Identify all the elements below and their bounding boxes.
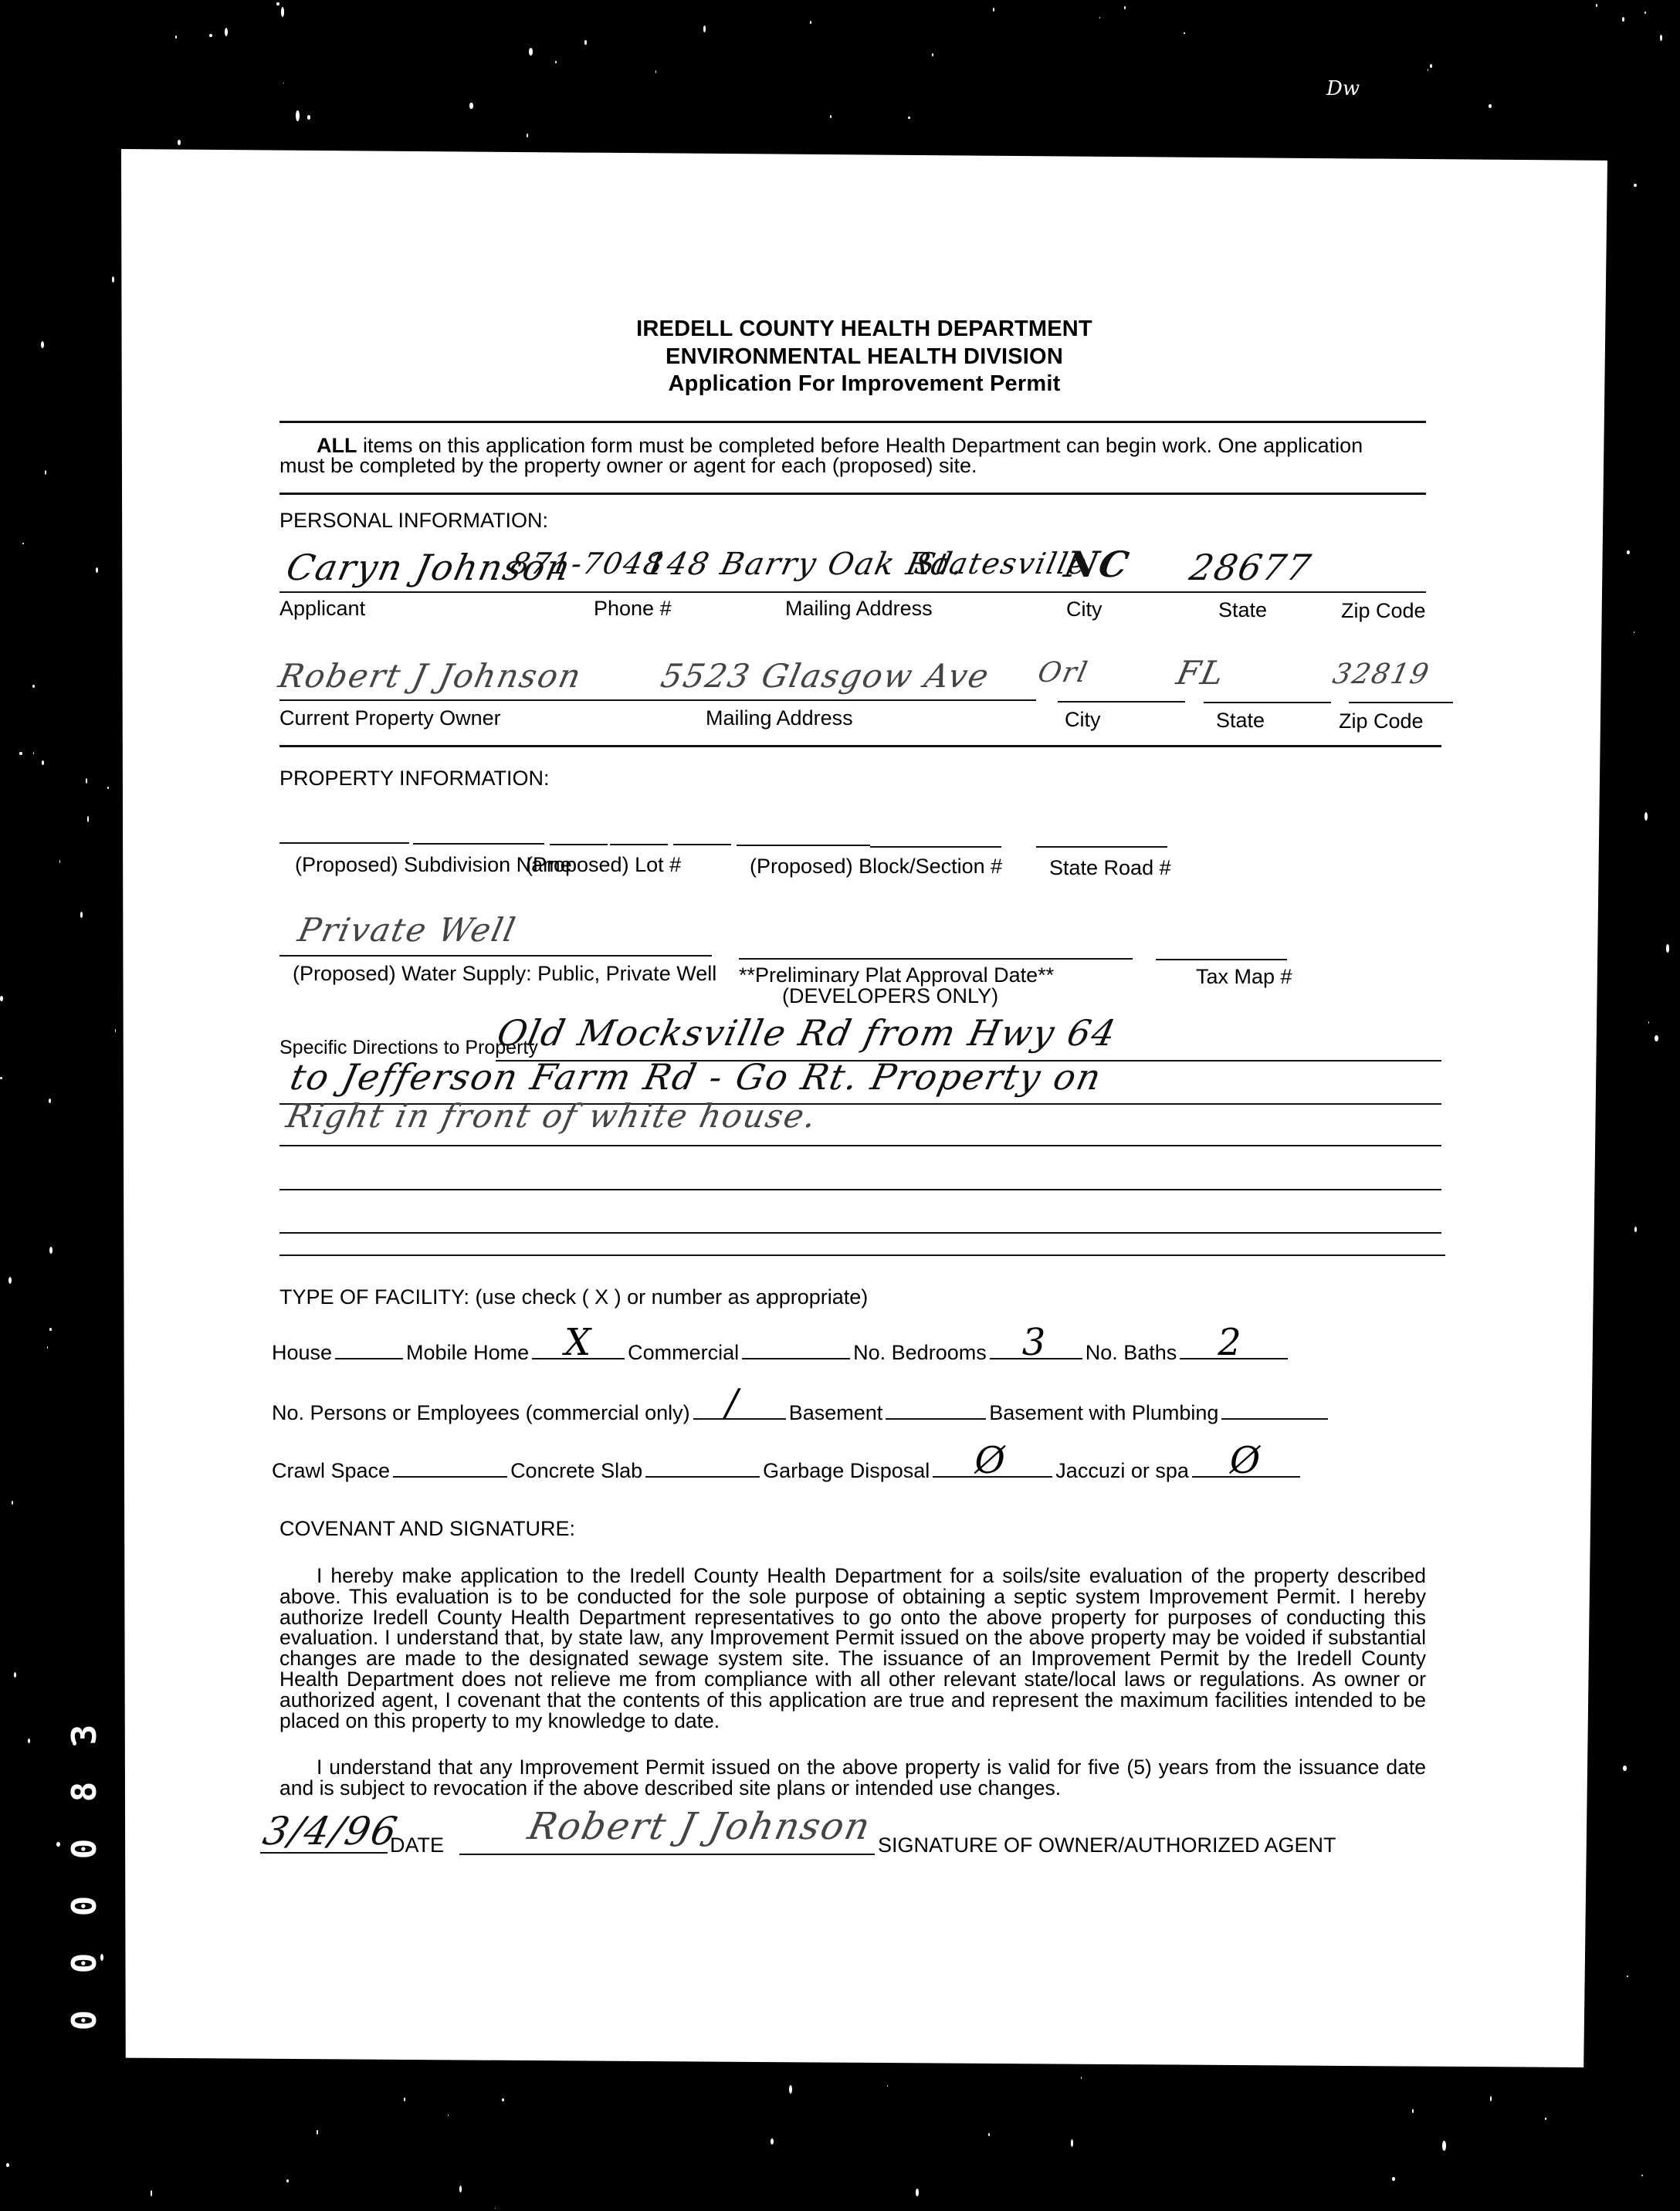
facility-label: Garbage Disposal — [763, 1459, 930, 1482]
applicant-zip-field[interactable]: 28677 — [1186, 547, 1316, 588]
plat-date-underline[interactable] — [739, 958, 1133, 960]
side-number-digit: 0 — [56, 2005, 113, 2036]
mailing-address-label: Mailing Address — [785, 597, 933, 621]
signature-field[interactable]: Robert J Johnson — [524, 1805, 875, 1848]
side-number-digit: 8 — [56, 1776, 113, 1807]
personal-info-heading: PERSONAL INFORMATION: — [279, 509, 548, 533]
intro-line-2: must be completed by the property owner … — [279, 454, 977, 478]
date-label: DATE — [390, 1833, 444, 1857]
water-supply-label: (Proposed) Water Supply: Public, Private… — [293, 962, 716, 986]
owner-underline — [279, 699, 1036, 701]
directions-underline-3 — [279, 1145, 1441, 1146]
facility-field[interactable] — [1221, 1398, 1328, 1420]
owner-state-underline — [1204, 702, 1331, 703]
owner-label: Current Property Owner — [279, 706, 501, 730]
directions-underline-5[interactable] — [279, 1232, 1441, 1234]
facility-label: No. Bedrooms — [853, 1341, 987, 1364]
directions-bottom-rule — [279, 1254, 1445, 1256]
applicant-state-field[interactable]: NC — [1061, 543, 1133, 585]
facility-row-2: No. Persons or Employees (commercial onl… — [272, 1398, 1331, 1425]
property-info-heading: PROPERTY INFORMATION: — [279, 767, 550, 791]
date-underline — [260, 1852, 388, 1854]
water-supply-field[interactable]: Private Well — [295, 911, 520, 949]
developers-only-note: (DEVELOPERS ONLY) — [782, 984, 998, 1008]
owner-state-field[interactable]: FL — [1174, 654, 1228, 692]
date-field[interactable]: 3/4/96 — [259, 1809, 402, 1854]
form-title: Application For Improvement Permit — [121, 371, 1607, 397]
subdivision-underline-3 — [550, 844, 608, 845]
facility-label: Basement — [789, 1401, 883, 1424]
facility-value: Ø — [975, 1442, 1005, 1479]
tax-map-label: Tax Map # — [1196, 965, 1292, 989]
owner-address-label: Mailing Address — [706, 706, 853, 730]
facility-value: 2 — [1218, 1324, 1241, 1361]
facility-field[interactable] — [645, 1456, 760, 1478]
facility-label: Jaccuzi or spa — [1055, 1459, 1189, 1482]
state-road-label: State Road # — [1049, 856, 1171, 880]
lot-underline-2 — [673, 844, 731, 845]
signature-label: SIGNATURE OF OWNER/AUTHORIZED AGENT — [878, 1833, 1336, 1857]
covenant-paragraph: I hereby make application to the Iredell… — [279, 1566, 1426, 1731]
validity-paragraph: I understand that any Improvement Permit… — [279, 1757, 1426, 1799]
divider — [279, 745, 1441, 747]
directions-line-2[interactable]: to Jefferson Farm Rd - Go Rt. Property o… — [286, 1056, 1106, 1098]
tax-map-underline[interactable] — [1156, 959, 1287, 960]
block-underline-2 — [870, 846, 1001, 848]
side-number-digit: 0 — [56, 1948, 113, 1979]
divider — [279, 493, 1426, 495]
divider — [279, 421, 1426, 423]
facility-field[interactable]: / — [693, 1398, 786, 1420]
lot-label: (Proposed) Lot # — [526, 853, 681, 877]
city-label: City — [1066, 598, 1102, 621]
facility-field[interactable] — [335, 1338, 403, 1359]
lot-underline[interactable] — [610, 844, 668, 845]
directions-line-3[interactable]: Right in front of white house. — [283, 1097, 821, 1135]
block-underline[interactable] — [737, 845, 870, 846]
facility-row-1: HouseMobile HomeXCommercialNo. Bedrooms3… — [272, 1338, 1291, 1365]
facility-value: X — [564, 1324, 591, 1361]
facility-label: Basement with Plumbing — [989, 1401, 1218, 1424]
block-label: (Proposed) Block/Section # — [750, 855, 1002, 879]
facility-label: House — [272, 1341, 332, 1364]
owner-zip-field[interactable]: 32819 — [1330, 659, 1433, 690]
directions-line-1[interactable]: Old Mocksville Rd from Hwy 64 — [493, 1012, 1120, 1054]
facility-value: Ø — [1230, 1442, 1260, 1479]
facility-field[interactable] — [742, 1338, 850, 1359]
owner-address-field[interactable]: 5523 Glasgow Ave — [658, 657, 994, 695]
facility-label: Concrete Slab — [510, 1459, 642, 1482]
water-supply-underline — [279, 955, 712, 957]
facility-field[interactable] — [393, 1456, 507, 1478]
owner-zip-underline — [1349, 702, 1453, 703]
owner-name-field[interactable]: Robert J Johnson — [276, 657, 586, 695]
facility-value: 3 — [1022, 1324, 1046, 1361]
facility-label: No. Baths — [1086, 1341, 1177, 1364]
zip-label: Zip Code — [1341, 599, 1426, 623]
facility-field[interactable]: 2 — [1180, 1338, 1288, 1359]
facility-label: Commercial — [628, 1341, 739, 1364]
facility-row-3: Crawl SpaceConcrete SlabGarbage Disposal… — [272, 1456, 1303, 1483]
directions-underline-4[interactable] — [279, 1189, 1441, 1190]
facility-field[interactable]: X — [532, 1338, 625, 1359]
owner-state-label: State — [1216, 709, 1265, 733]
division-title: ENVIRONMENTAL HEALTH DIVISION — [121, 344, 1607, 370]
department-title: IREDELL COUNTY HEALTH DEPARTMENT — [121, 317, 1607, 342]
facility-heading: TYPE OF FACILITY: (use check ( X ) or nu… — [279, 1285, 868, 1309]
side-bates-number: 380000 — [69, 1706, 100, 2049]
subdivision-underline-2 — [413, 843, 544, 845]
state-road-underline[interactable] — [1036, 846, 1167, 848]
applicant-underline — [279, 591, 1426, 593]
owner-city-field[interactable]: Orl — [1035, 657, 1092, 689]
side-number-digit: 0 — [56, 1891, 113, 1922]
facility-label: Mobile Home — [406, 1341, 529, 1364]
owner-zip-label: Zip Code — [1339, 709, 1424, 733]
facility-value: / — [726, 1384, 738, 1421]
state-label: State — [1218, 598, 1267, 622]
facility-field[interactable] — [886, 1398, 986, 1420]
facility-field[interactable]: Ø — [1192, 1456, 1300, 1478]
facility-field[interactable]: 3 — [990, 1338, 1082, 1359]
phone-label: Phone # — [594, 597, 672, 621]
facility-label: No. Persons or Employees (commercial onl… — [272, 1401, 690, 1424]
facility-label: Crawl Space — [272, 1459, 390, 1482]
owner-city-underline — [1058, 701, 1185, 703]
subdivision-underline[interactable] — [279, 842, 409, 844]
covenant-heading: COVENANT AND SIGNATURE: — [279, 1517, 575, 1541]
facility-field[interactable]: Ø — [933, 1456, 1052, 1478]
side-number-digit: 3 — [56, 1719, 113, 1750]
application-form-page: IREDELL COUNTY HEALTH DEPARTMENT ENVIRON… — [121, 149, 1607, 2067]
applicant-label: Applicant — [279, 597, 365, 621]
signature-underline — [459, 1854, 875, 1855]
corner-handwritten-mark: Dw — [1326, 77, 1360, 100]
side-number-digit: 0 — [56, 1833, 113, 1864]
owner-city-label: City — [1065, 708, 1101, 732]
